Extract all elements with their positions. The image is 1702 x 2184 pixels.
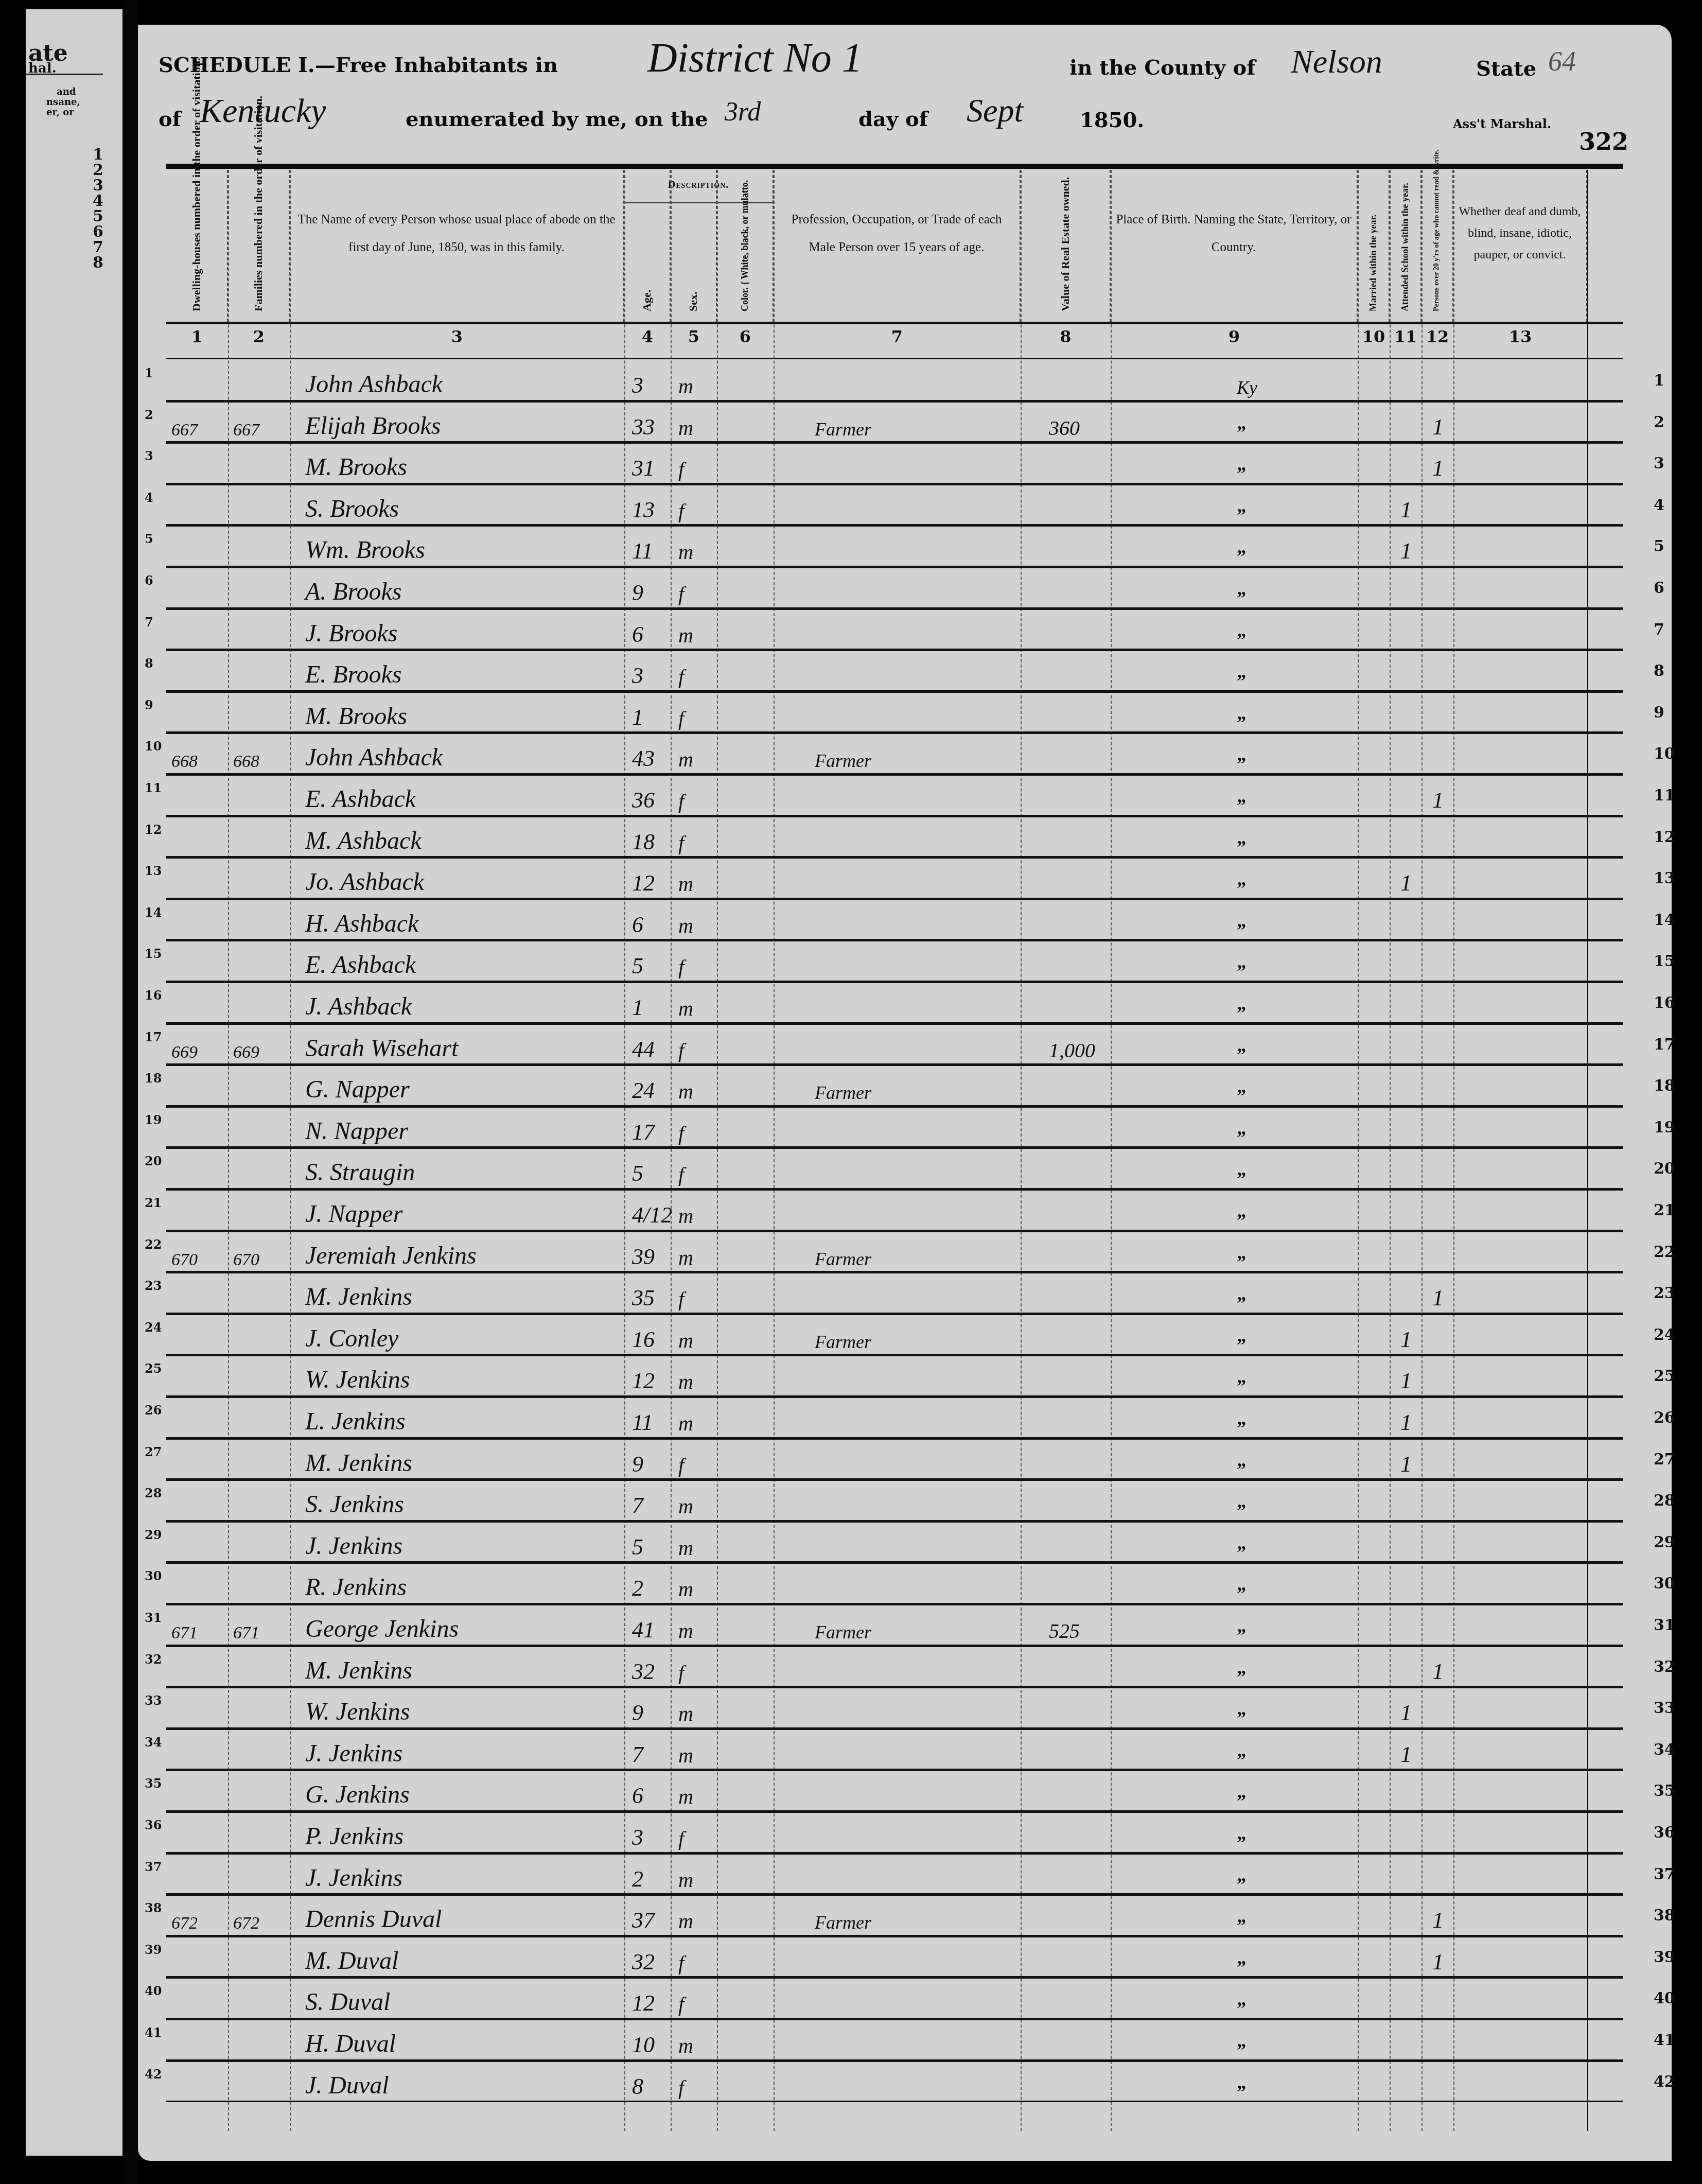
sex-value: m	[678, 914, 693, 938]
birthplace-value: ”	[1237, 878, 1246, 899]
illiterate-mark: 1	[1432, 455, 1444, 481]
sex-value: m	[678, 1494, 693, 1518]
sex-value: f	[678, 1038, 684, 1062]
line-number: 21	[1654, 1201, 1675, 1219]
age-value: 36	[632, 787, 655, 813]
line-number: 18	[1654, 1077, 1675, 1095]
person-name: M. Brooks	[305, 453, 407, 481]
sex-value: f	[678, 831, 684, 855]
census-row: 670670Jeremiah Jenkins39mFarmer”2222	[166, 1232, 1623, 1273]
of-label: of	[159, 107, 181, 131]
line-number: 42	[1654, 2073, 1675, 2091]
age-value: 11	[632, 538, 653, 564]
person-name: Sarah Wisehart	[305, 1034, 458, 1062]
prev-page-fragment: er, or	[46, 107, 74, 118]
dwelling-number: 668	[171, 752, 198, 772]
census-row: S. Brooks13f”144	[166, 485, 1623, 526]
left-line-number: 3	[145, 448, 153, 463]
birthplace-value: ”	[1237, 960, 1246, 982]
col-number: 13	[1453, 327, 1587, 353]
prev-page-fragment: nsane,	[46, 97, 80, 108]
birthplace-value: ”	[1237, 1500, 1246, 1522]
dwelling-number: 671	[171, 1623, 198, 1643]
family-number: 669	[233, 1043, 259, 1062]
family-number: 668	[233, 752, 259, 772]
line-number: 4	[1654, 496, 1664, 514]
birthplace-value: ”	[1237, 2081, 1246, 2103]
line-number: 10	[1654, 745, 1675, 763]
illiterate-mark: 1	[1432, 1658, 1444, 1685]
col-header-occupation: Profession, Occupation, or Trade of each…	[774, 170, 1021, 322]
school-mark: 1	[1400, 497, 1412, 523]
left-line-number: 19	[145, 1112, 162, 1127]
sex-value: f	[678, 1287, 684, 1311]
sex-value: m	[678, 1577, 693, 1601]
school-mark: 1	[1400, 1700, 1412, 1726]
census-row: Wm. Brooks11m”155	[166, 526, 1623, 567]
sex-value: m	[678, 1079, 693, 1104]
occupation-value: Farmer	[815, 1331, 871, 1353]
left-line-number: 35	[145, 1776, 162, 1791]
age-value: 10	[632, 2032, 655, 2058]
birthplace-value: ”	[1237, 1874, 1246, 1895]
day-of-label: day of	[858, 107, 928, 131]
census-row: J. Jenkins2m”3737	[166, 1854, 1623, 1895]
birthplace-value: ”	[1237, 753, 1246, 775]
person-name: N. Napper	[305, 1117, 408, 1145]
sex-value: m	[678, 623, 693, 648]
birthplace-value: ”	[1237, 629, 1246, 651]
page-number: 322	[1579, 128, 1628, 155]
col-number: 8	[1021, 327, 1111, 353]
left-line-number: 9	[145, 697, 153, 712]
person-name: G. Jenkins	[305, 1780, 410, 1809]
census-row: 669669Sarah Wisehart44f1,000”1717	[166, 1024, 1623, 1065]
census-row: E. Ashback5f”1515	[166, 941, 1623, 982]
birthplace-value: ”	[1237, 587, 1246, 609]
col-number: 6	[717, 327, 774, 353]
birthplace-value: ”	[1237, 1790, 1246, 1812]
dwelling-number: 669	[171, 1043, 198, 1062]
sex-value: m	[678, 1743, 693, 1768]
census-row: P. Jenkins3f”3636	[166, 1812, 1623, 1854]
birthplace-value: ”	[1237, 1956, 1246, 1978]
birthplace-value: ”	[1237, 1832, 1246, 1854]
illiterate-mark: 1	[1432, 1949, 1444, 1975]
left-line-number: 6	[145, 573, 153, 588]
col-number: 9	[1111, 327, 1358, 353]
col-header-school: Attended School within the year.	[1390, 170, 1422, 322]
census-row: M. Ashback18f”1212	[166, 817, 1623, 858]
col-header-illiterate: Persons over 20 y'rs of age who cannot r…	[1422, 170, 1453, 322]
person-name: J. Conley	[305, 1324, 398, 1353]
age-value: 32	[632, 1949, 655, 1975]
left-line-number: 31	[145, 1610, 162, 1625]
col-header-dwelling: Dwelling-houses numbered in the order of…	[166, 170, 228, 322]
person-name: E. Ashback	[305, 785, 416, 813]
birthplace-value: ”	[1237, 1624, 1246, 1646]
sex-value: m	[678, 997, 693, 1021]
col-number: 4	[624, 327, 671, 353]
line-number: 15	[1654, 952, 1675, 970]
left-line-number: 16	[145, 988, 162, 1003]
person-name: E. Brooks	[305, 660, 402, 689]
age-value: 7	[632, 1492, 643, 1518]
line-number: 8	[1654, 662, 1664, 680]
birthplace-value: ”	[1237, 1915, 1246, 1936]
occupation-value: Farmer	[815, 1082, 871, 1104]
line-number: 6	[1654, 579, 1664, 597]
person-name: John Ashback	[305, 743, 443, 772]
person-name: M. Jenkins	[305, 1449, 412, 1477]
occupation-value: Farmer	[815, 1912, 871, 1933]
sex-value: m	[678, 1370, 693, 1394]
age-value: 11	[632, 1409, 653, 1436]
previous-page-edge: ate hal. and nsane, er, or 12345678	[26, 9, 124, 2156]
family-number: 670	[233, 1250, 259, 1270]
left-line-number: 40	[145, 1983, 162, 1998]
sex-value: f	[678, 1992, 684, 2016]
birthplace-value: ”	[1237, 712, 1246, 733]
col-number: 3	[290, 327, 624, 353]
birthplace-value: ”	[1237, 1417, 1246, 1439]
person-name: J. Jenkins	[305, 1739, 402, 1768]
age-value: 18	[632, 829, 655, 855]
real-estate-value: 525	[1049, 1619, 1080, 1643]
school-mark: 1	[1400, 1409, 1412, 1436]
line-number: 14	[1654, 911, 1675, 929]
enumerated-label: enumerated by me, on the	[406, 107, 708, 131]
person-name: Wm. Brooks	[305, 536, 425, 564]
school-mark: 1	[1400, 870, 1412, 896]
left-line-number: 36	[145, 1818, 162, 1832]
age-value: 13	[632, 497, 655, 523]
line-number: 9	[1654, 704, 1664, 722]
left-line-number: 5	[145, 531, 153, 546]
birthplace-value: ”	[1237, 1666, 1246, 1688]
census-row: M. Brooks1f”99	[166, 692, 1623, 733]
person-name: Jeremiah Jenkins	[305, 1242, 477, 1270]
sex-value: m	[678, 1246, 693, 1270]
col-header-infirm: Whether deaf and dumb, blind, insane, id…	[1453, 170, 1587, 322]
age-value: 17	[632, 1119, 655, 1145]
prev-page-fragment: and	[57, 86, 76, 97]
col-number: 11	[1390, 327, 1422, 353]
birthplace-value: ”	[1237, 1707, 1246, 1729]
sex-value: f	[678, 1826, 684, 1850]
person-name: H. Ashback	[305, 910, 418, 938]
year-value: 1850.	[1080, 108, 1144, 132]
census-scan: ate hal. and nsane, er, or 12345678 SCHE…	[0, 0, 1702, 2184]
age-value: 37	[632, 1907, 655, 1933]
person-name: S. Duval	[305, 1988, 390, 2016]
census-row: J. Conley16mFarmer”12424	[166, 1315, 1623, 1356]
line-number: 2	[1654, 413, 1664, 431]
age-value: 35	[632, 1285, 655, 1311]
census-row: S. Straugin5f”2020	[166, 1148, 1623, 1190]
left-line-number: 22	[145, 1237, 162, 1252]
age-value: 4/12	[632, 1202, 672, 1228]
census-row: M. Jenkins35f”12323	[166, 1273, 1623, 1314]
birthplace-value: Ky	[1237, 377, 1257, 398]
state-label: State	[1476, 57, 1536, 81]
birthplace-value: ”	[1237, 1002, 1246, 1024]
birthplace-value: ”	[1237, 1085, 1246, 1107]
line-number: 26	[1654, 1409, 1675, 1427]
school-mark: 1	[1400, 1326, 1412, 1353]
age-value: 9	[632, 1451, 643, 1477]
sex-value: m	[678, 1868, 693, 1892]
prev-page-line-number: 8	[93, 254, 103, 272]
birthplace-value: ”	[1237, 1542, 1246, 1563]
person-name: S. Brooks	[305, 495, 399, 523]
left-line-number: 1	[145, 365, 153, 380]
sex-value: f	[678, 582, 684, 606]
census-row: 667667Elijah Brooks33mFarmer360”122	[166, 402, 1623, 443]
left-line-number: 39	[145, 1942, 162, 1957]
schedule-title: SCHEDULE I.—Free Inhabitants in	[159, 53, 558, 77]
line-number: 25	[1654, 1367, 1675, 1385]
census-row: J. Napper4/12m”2121	[166, 1190, 1623, 1231]
line-number: 28	[1654, 1492, 1675, 1510]
sex-value: m	[678, 1702, 693, 1726]
line-number: 11	[1654, 787, 1675, 805]
col-number: 12	[1422, 327, 1453, 353]
birthplace-value: ”	[1237, 1334, 1246, 1356]
census-row: John Ashback3mKy11	[166, 360, 1623, 401]
binding-gutter	[122, 0, 138, 2184]
line-number: 3	[1654, 455, 1664, 473]
left-line-number: 27	[145, 1444, 162, 1459]
col-header-sex: Sex.	[671, 170, 717, 322]
line-number: 7	[1654, 621, 1664, 639]
birthplace-value: ”	[1237, 1168, 1246, 1190]
birthplace-value: ”	[1237, 1210, 1246, 1231]
birthplace-value: ”	[1237, 1251, 1246, 1273]
sex-value: m	[678, 2034, 693, 2058]
census-page: SCHEDULE I.—Free Inhabitants in District…	[138, 25, 1672, 2161]
birthplace-value: ”	[1237, 1998, 1246, 2019]
month-value: Sept	[967, 92, 1023, 130]
person-name: M. Jenkins	[305, 1656, 412, 1685]
person-name: J. Ashback	[305, 992, 412, 1021]
col-number: 5	[671, 327, 717, 353]
left-line-number: 20	[145, 1154, 162, 1168]
left-line-number: 37	[145, 1859, 162, 1874]
family-number: 672	[233, 1914, 259, 1933]
left-line-number: 30	[145, 1568, 162, 1583]
line-number: 37	[1654, 1865, 1675, 1883]
person-name: J. Brooks	[305, 619, 398, 648]
census-row: H. Ashback6m”1414	[166, 900, 1623, 941]
dwelling-number: 672	[171, 1914, 198, 1933]
sex-value: f	[678, 1661, 684, 1685]
age-value: 6	[632, 912, 643, 938]
census-row: H. Duval10m”4141	[166, 2020, 1623, 2061]
occupation-value: Farmer	[815, 1248, 871, 1270]
col-header-color: Color. { White, black, or mulatto.	[717, 170, 774, 322]
sex-value: m	[678, 416, 693, 440]
col-number: 10	[1358, 327, 1390, 353]
age-value: 3	[632, 1824, 643, 1850]
sex-value: m	[678, 1411, 693, 1436]
person-name: P. Jenkins	[305, 1822, 403, 1850]
person-name: M. Ashback	[305, 827, 422, 855]
person-name: M. Duval	[305, 1947, 398, 1975]
birthplace-value: ”	[1237, 1459, 1246, 1480]
age-value: 9	[632, 580, 643, 606]
county-value: Nelson	[1291, 43, 1382, 81]
census-row: S. Duval12f”4040	[166, 1978, 1623, 2019]
line-number: 23	[1654, 1284, 1675, 1302]
line-number: 12	[1654, 828, 1675, 846]
age-value: 5	[632, 953, 643, 979]
age-value: 24	[632, 1077, 655, 1104]
line-number: 17	[1654, 1036, 1675, 1054]
left-line-number: 25	[145, 1361, 162, 1376]
birthplace-value: ”	[1237, 919, 1246, 941]
person-name: S. Straugin	[305, 1158, 415, 1186]
census-row: 671671George Jenkins41mFarmer525”3131	[166, 1605, 1623, 1646]
age-value: 33	[632, 414, 655, 440]
age-value: 44	[632, 1036, 655, 1062]
census-row: L. Jenkins11m”12626	[166, 1397, 1623, 1439]
sex-value: f	[678, 1162, 684, 1186]
real-estate-value: 1,000	[1049, 1038, 1095, 1062]
left-line-number: 10	[145, 739, 162, 754]
sex-value: m	[678, 1536, 693, 1560]
occupation-value: Farmer	[815, 1621, 871, 1643]
day-value: 3rd	[725, 97, 761, 127]
line-number: 36	[1654, 1824, 1675, 1842]
census-row: G. Napper24mFarmer”1818	[166, 1065, 1623, 1107]
sex-value: f	[678, 1951, 684, 1975]
birthplace-value: ”	[1237, 1583, 1246, 1604]
sex-value: m	[678, 1329, 693, 1353]
district-value: District No 1	[647, 35, 863, 82]
left-line-number: 41	[145, 2025, 162, 2040]
sex-value: f	[678, 457, 684, 481]
occupation-value: Farmer	[815, 750, 871, 772]
left-line-number: 42	[145, 2067, 162, 2082]
marshal-label: Ass't Marshal.	[1453, 116, 1551, 131]
person-name: J. Duval	[305, 2071, 389, 2100]
left-line-number: 13	[145, 863, 162, 878]
sex-value: m	[678, 1204, 693, 1228]
line-number: 22	[1654, 1243, 1675, 1261]
age-value: 9	[632, 1700, 643, 1726]
age-value: 6	[632, 621, 643, 648]
line-number: 32	[1654, 1658, 1675, 1676]
person-name: George Jenkins	[305, 1615, 459, 1643]
sex-value: m	[678, 1619, 693, 1643]
census-row: 668668John Ashback43mFarmer”1010	[166, 733, 1623, 775]
sex-value: f	[678, 955, 684, 979]
sex-value: m	[678, 374, 693, 398]
line-number: 41	[1654, 2031, 1675, 2049]
age-value: 7	[632, 1741, 643, 1768]
birthplace-value: ”	[1237, 1127, 1246, 1148]
birthplace-value: ”	[1237, 422, 1246, 443]
census-row: J. Brooks6m”77	[166, 609, 1623, 651]
person-name: S. Jenkins	[305, 1490, 404, 1518]
birthplace-value: ”	[1237, 795, 1246, 816]
birthplace-value: ”	[1237, 1375, 1246, 1397]
line-number: 24	[1654, 1326, 1675, 1344]
line-number: 1	[1654, 372, 1664, 390]
left-line-number: 34	[145, 1735, 162, 1750]
left-line-number: 11	[145, 780, 162, 795]
person-name: H. Duval	[305, 2030, 396, 2058]
person-name: L. Jenkins	[305, 1407, 406, 1436]
age-value: 2	[632, 1866, 643, 1892]
line-number: 30	[1654, 1575, 1675, 1593]
line-number: 33	[1654, 1699, 1675, 1717]
census-row: E. Brooks3f”88	[166, 651, 1623, 692]
left-line-number: 14	[145, 905, 162, 920]
col-header-name: The Name of every Person whose usual pla…	[290, 170, 624, 322]
left-line-number: 15	[145, 946, 162, 961]
census-row: N. Napper17f”1919	[166, 1107, 1623, 1148]
sex-value: f	[678, 706, 684, 730]
family-number: 671	[233, 1623, 259, 1643]
birthplace-value: ”	[1237, 1749, 1246, 1771]
age-value: 43	[632, 745, 655, 772]
age-value: 32	[632, 1658, 655, 1685]
illiterate-mark: 1	[1432, 787, 1444, 813]
person-name: Elijah Brooks	[305, 412, 441, 440]
line-number: 5	[1654, 537, 1664, 555]
real-estate-value: 360	[1049, 416, 1080, 440]
col-number: 7	[774, 327, 1021, 353]
sex-value: f	[678, 1121, 684, 1145]
person-name: Jo. Ashback	[305, 868, 424, 896]
census-row: W. Jenkins12m”12525	[166, 1356, 1623, 1397]
age-value: 5	[632, 1160, 643, 1186]
age-value: 12	[632, 1368, 655, 1394]
age-value: 1	[632, 704, 643, 730]
left-line-number: 12	[145, 822, 162, 837]
census-row: J. Duval8f”4242	[166, 2061, 1623, 2103]
census-row: M. Brooks31f”133	[166, 443, 1623, 484]
census-row: M. Duval32f”13939	[166, 1937, 1623, 1978]
age-value: 12	[632, 1990, 655, 2016]
col-header-age: Age.	[624, 170, 671, 322]
dwelling-number: 670	[171, 1250, 198, 1270]
school-mark: 1	[1400, 538, 1412, 564]
person-name: M. Brooks	[305, 702, 407, 730]
line-number: 38	[1654, 1907, 1675, 1925]
left-line-number: 28	[145, 1486, 162, 1500]
left-line-number: 7	[145, 615, 153, 630]
line-number: 16	[1654, 994, 1675, 1012]
census-row: W. Jenkins9m”13333	[166, 1688, 1623, 1729]
census-row: 672672Dennis Duval37mFarmer”13838	[166, 1895, 1623, 1936]
person-name: John Ashback	[305, 370, 443, 398]
col-number: 1	[166, 327, 228, 353]
birthplace-value: ”	[1237, 463, 1246, 484]
birthplace-value: ”	[1237, 1044, 1246, 1065]
left-line-number: 23	[145, 1278, 162, 1293]
census-row: M. Jenkins9f”12727	[166, 1439, 1623, 1480]
census-row: M. Jenkins32f”13232	[166, 1647, 1623, 1688]
sex-value: m	[678, 1785, 693, 1809]
sex-value: m	[678, 540, 693, 564]
line-number: 39	[1654, 1948, 1675, 1966]
person-name: Dennis Duval	[305, 1905, 442, 1933]
school-mark: 1	[1400, 1451, 1412, 1477]
left-line-number: 26	[145, 1403, 162, 1418]
